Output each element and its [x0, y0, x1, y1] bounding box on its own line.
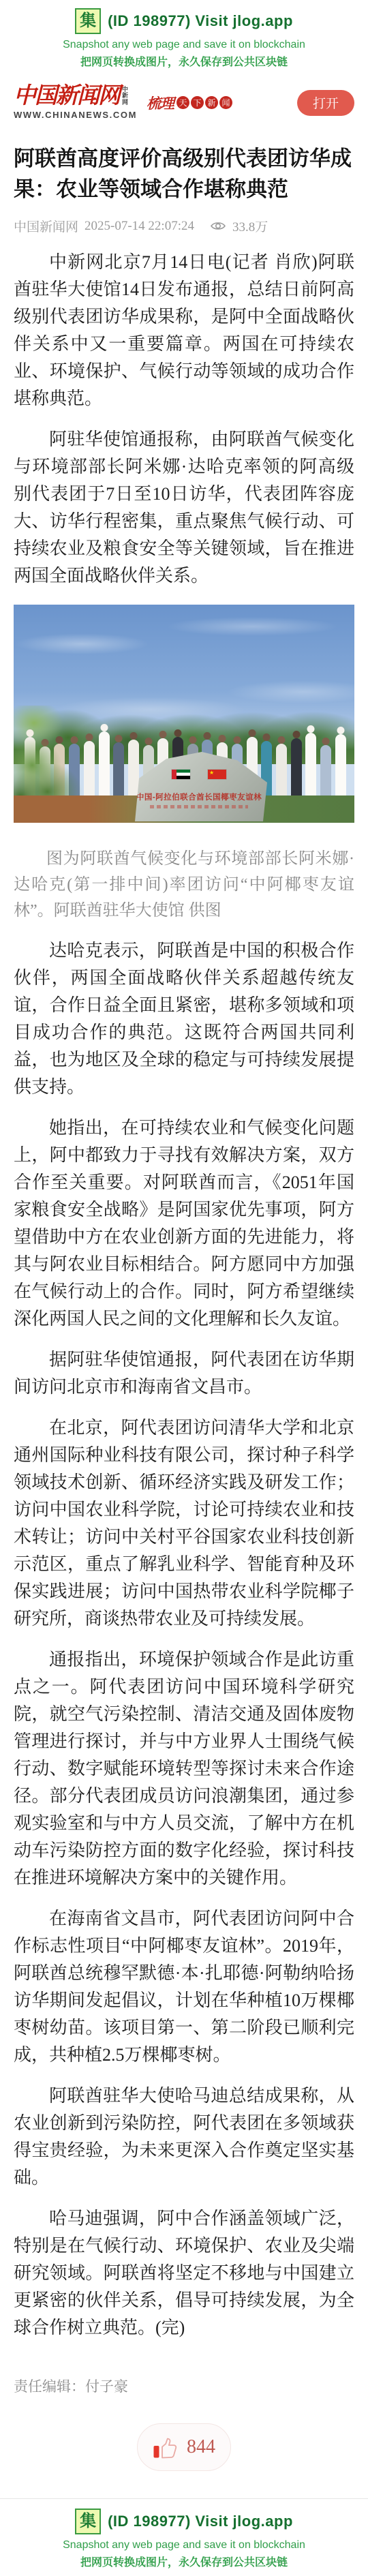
article-photo: 中国-阿拉伯联合酋长国椰枣友谊林 — [14, 605, 354, 823]
stone-inscription: 中国-阿拉伯联合酋长国椰枣友谊林 — [131, 791, 267, 802]
like-count: 844 — [187, 2436, 215, 2458]
editor-line: 责任编辑：付子豪 — [14, 2373, 354, 2400]
views-count: 33.8万 — [232, 217, 268, 235]
paragraph: 在海南省文昌市，阿代表团访问阿中合作标志性项目“中阿椰枣友谊林”。2019年，阿… — [14, 1905, 354, 2069]
chinanews-logo-stack: 中 新 网 — [122, 87, 128, 106]
chinanews-logo-text: 中国新闻网 — [14, 85, 119, 108]
paragraph: 她指出，在可持续农业和气候变化问题上，阿中都致力于寻找有效解决方案，双方合作至关… — [14, 1115, 354, 1333]
slogan-logo: 梳理 天 下 新 闻 — [147, 93, 288, 113]
article-body: 中新网北京7月14日电(记者 肖欣)阿联酋驻华大使馆14日发布通报，总结日前阿高… — [14, 249, 354, 2471]
paragraph: 据阿驻华使馆通报，阿代表团在访华期间访问北京市和海南省文昌市。 — [14, 1346, 354, 1401]
jlog-banner-bottom: 集 (ID 198977) Visit jlog.app Snapshot an… — [0, 2498, 368, 2576]
slogan-script-text: 梳理 — [147, 93, 174, 113]
jlog-subtitle-en: Snapshot any web page and save it on blo… — [0, 2539, 368, 2551]
jlog-banner-top: 集 (ID 198977) Visit jlog.app Snapshot an… — [0, 0, 368, 76]
paragraph: 阿驻华使馆通报称，由阿联酋气候变化与环境部部长阿米娜·达哈克率领的阿高级别代表团… — [14, 426, 354, 590]
site-header: 中国新闻网 中 新 网 WWW.CHINANEWS.COM 梳理 天 下 新 闻… — [0, 76, 368, 127]
paragraph: 哈马迪强调，阿中合作涵盖领域广泛，特别是在气候行动、环境保护、农业及尖端研究领域… — [14, 2205, 354, 2342]
article-timestamp: 2025-07-14 22:07:24 — [85, 219, 194, 234]
person-figure — [99, 731, 110, 805]
china-flag-icon — [208, 770, 226, 779]
paragraph: 在北京，阿代表团访问清华大学和北京通州国际种业科技有限公司，探讨种子科学领域技术… — [14, 1414, 354, 1633]
article-source: 中国新闻网 — [14, 217, 78, 235]
article-title: 阿联酋高度评价高级别代表团访华成果：农业等领域合作堪称典范 — [14, 143, 354, 204]
paragraph: 阿联酋驻华大使哈马迪总结成果称，从农业创新到污染防控，阿代表团在多领域获得宝贵经… — [14, 2082, 354, 2192]
uae-flag-icon — [172, 770, 190, 779]
paragraph: 通报指出，环境保护领域合作是此访重点之一。阿代表团访问中国环境科学研究院，就空气… — [14, 1646, 354, 1892]
open-app-button[interactable]: 打开 — [297, 90, 354, 116]
paragraph: 达哈克表示，阿联酋是中国的积极合作伙伴，两国全面战略伙伴关系超越传统友谊，合作日… — [14, 937, 354, 1101]
slogan-badge: 下 — [191, 96, 204, 109]
stone-inscription-sub — [150, 805, 248, 808]
chinanews-url: WWW.CHINANEWS.COM — [14, 110, 137, 120]
slogan-badge: 天 — [177, 96, 189, 109]
person-figure — [305, 733, 316, 805]
paragraph: 中新网北京7月14日电(记者 肖欣)阿联酋驻华大使馆14日发布通报，总结日前阿高… — [14, 249, 354, 412]
person-figure — [335, 734, 346, 805]
jlog-link[interactable]: (ID 198977) Visit jlog.app — [108, 12, 293, 30]
jlog-badge-icon: 集 — [75, 8, 101, 34]
jlog-subtitle-zh: 把网页转换成图片，永久保存到公共区块链 — [0, 2554, 368, 2569]
jlog-subtitle-zh: 把网页转换成图片，永久保存到公共区块链 — [0, 53, 368, 69]
like-button[interactable]: 844 — [137, 2423, 231, 2471]
chinanews-logo[interactable]: 中国新闻网 中 新 网 WWW.CHINANEWS.COM — [14, 85, 137, 120]
thumbs-up-icon — [153, 2436, 179, 2459]
views-eye-icon — [210, 220, 226, 232]
jlog-badge-icon: 集 — [75, 2509, 101, 2534]
news-article-page: 集 (ID 198977) Visit jlog.app Snapshot an… — [0, 0, 368, 2576]
jlog-link[interactable]: (ID 198977) Visit jlog.app — [108, 2513, 293, 2530]
article-meta: 中国新闻网 2025-07-14 22:07:24 33.8万 — [14, 217, 354, 235]
jlog-subtitle-en: Snapshot any web page and save it on blo… — [0, 39, 368, 51]
photo-caption: 图为阿联酋气候变化与环境部部长阿米娜·达哈克(第一排中间)率团访问“中阿椰枣友谊… — [14, 846, 354, 924]
slogan-badge: 新 — [205, 96, 218, 109]
slogan-badge: 闻 — [219, 96, 232, 109]
